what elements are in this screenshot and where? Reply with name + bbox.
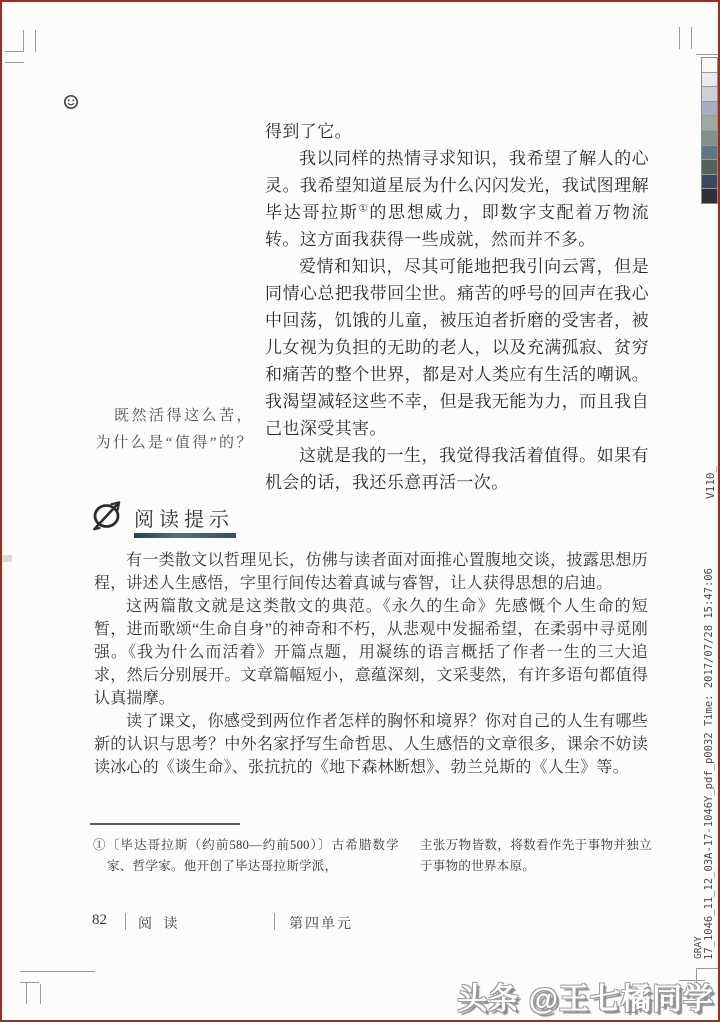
footnote-marker: ① [93,838,107,852]
tips-paragraph: 有一类散文以哲理见长，仿佛与读者面对面推心置腹地交谈，披露思想历程，讲述人生感悟… [94,549,648,595]
paragraph-text: 这就是我的一生，我觉得我活着值得。如果有机会的话，我还乐意再活一次。 [265,446,649,492]
tips-paragraph: 这两篇散文就是这类散文的典范。《永久的生命》先感慨个人生命的短暂，进而歌颂“生命… [94,595,648,710]
grayscale-step [702,175,717,190]
page-number: 82 [92,912,107,929]
paragraph-text: 得到了它。 [265,122,352,141]
grayscale-step [702,131,717,146]
tips-paragraph: 读了课文，你感受到两位作者怎样的胸怀和境界？你对自己的人生有哪些新的认识与思考？… [94,710,648,779]
footnote-text: 〔毕达哥拉斯（约前580—约前500）〕古希腊数学家、哲学家。他开创了毕达哥拉斯… [107,838,399,873]
grayscale-step [702,58,717,73]
crop-mark [696,968,720,969]
watermark: 头条 @王七橘同学 [432,974,714,1018]
crop-mark [40,984,41,1004]
footnote-column-left: ①〔毕达哥拉斯（约前580—约前500）〕古希腊数学家、哲学家。他开创了毕达哥拉… [93,835,399,877]
crop-mark [23,30,24,52]
scan-file-string: 17_1046_11_12_03A-17-1046Y_pdf_p0032 Tim… [703,568,715,960]
grayscale-step [702,73,717,88]
paragraph-text: 爱情和知识，尽其可能地把我引向云霄，但是同情心总把我带回尘世。痛苦的呼号的回声在… [265,257,649,438]
crop-mark [35,30,36,52]
crop-mark [691,27,692,49]
reading-tip-icon [91,497,124,538]
grayscale-step [702,116,717,131]
grayscale-step [702,189,717,203]
smiley-icon [63,94,79,115]
paragraph-conclusion: 这就是我的一生，我觉得我活着值得。如果有机会的话，我还乐意再活一次。 [265,442,649,496]
grayscale-step [702,102,717,117]
grayscale-step [702,87,717,102]
crop-mark [5,62,24,63]
section-title-underline [134,533,236,538]
grayscale-step [702,160,717,175]
footnote-rule [90,823,240,825]
section-title: 阅读提示 [134,503,234,532]
crop-mark [26,982,27,1004]
footer-unit-label: 第四单元 [289,913,353,933]
scan-edge-artifact [2,555,12,562]
crop-mark [696,54,719,55]
margin-note-line: 为什么是“值得”的？ [60,430,254,457]
margin-note-line: 既然活得这么苦， [60,403,254,430]
main-text-column: 得到了它。 我以同样的热情寻求知识，我希望了解人的心灵。我希望知道星辰为什么闪闪… [265,118,649,496]
crop-mark [20,971,95,972]
paragraph-knowledge: 我以同样的热情寻求知识，我希望了解人的心灵。我希望知道星辰为什么闪闪发光，我试图… [265,145,649,253]
scan-version-code: V110_ [704,466,717,499]
footer-divider [125,913,126,930]
grayscale-strip [701,57,718,204]
margin-note: 既然活得这么苦， 为什么是“值得”的？ [60,403,254,457]
footer-divider [274,913,275,930]
crop-mark [5,51,24,52]
footer-section-label: 阅 读 [138,913,182,933]
scan-gray-label: GRAY [693,936,704,959]
textbook-page-scan: 得到了它。 我以同样的热情寻求知识，我希望了解人的心灵。我希望知道星辰为什么闪闪… [0,0,720,1022]
grayscale-step [702,146,717,161]
crop-mark [679,27,680,49]
paragraph-pity: 爱情和知识，尽其可能地把我引向云霄，但是同情心总把我带回尘世。痛苦的呼号的回声在… [265,253,649,442]
footnote-column-right: 主张万物皆数，将数看作先于事物并独立于事物的世界本原。 [420,835,652,877]
reading-tips-body: 有一类散文以哲理见长，仿佛与读者面对面推心置腹地交谈，披露思想历程，讲述人生感悟… [94,549,648,779]
paragraph-continuation: 得到了它。 [265,118,649,145]
footnote-text: 主张万物皆数，将数看作先于事物并独立于事物的世界本原。 [420,838,652,873]
footnote-reference: ① [359,203,370,214]
crop-mark [20,982,39,983]
